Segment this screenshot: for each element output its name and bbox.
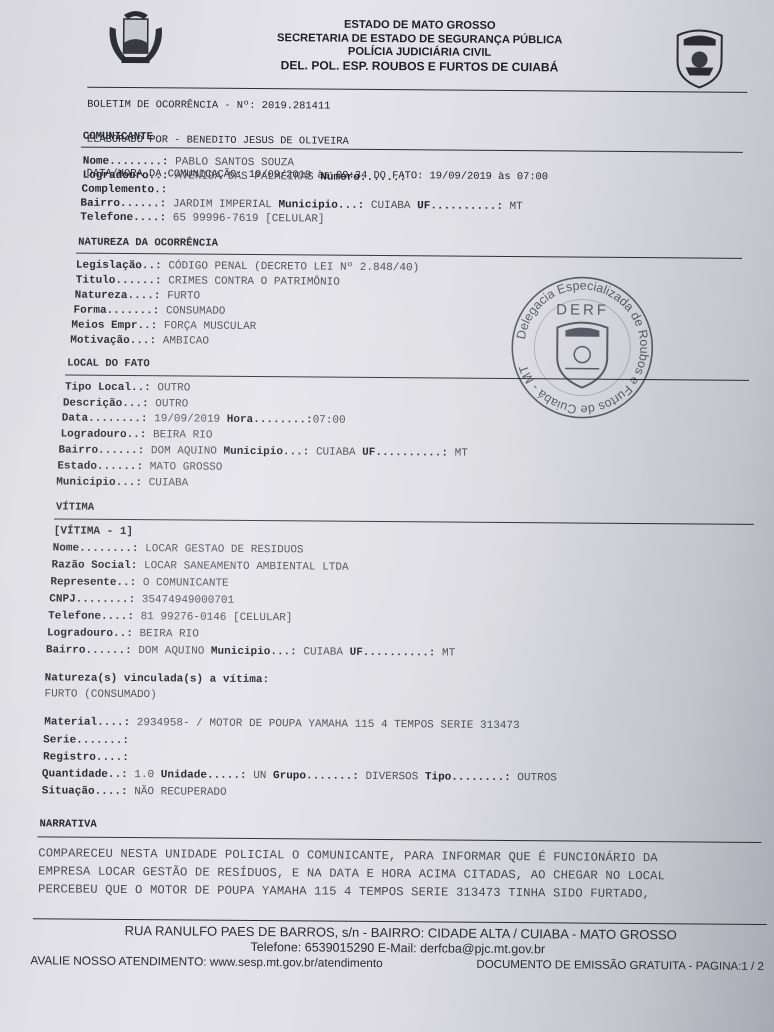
field-label: Serie.......: <box>43 734 129 747</box>
comunicante-logradouro: AVENIDA DAS PALMEIRAS <box>175 170 314 183</box>
field-label: Legislação..: <box>76 260 162 273</box>
field-label: Logradouro..: <box>61 428 147 441</box>
vitima-nome: LOCAR GESTAO DE RESIDUOS <box>145 543 304 556</box>
vitima-naturezas-label-row: Natureza(s) vinculada(s) a vítima: <box>45 672 270 686</box>
field-label: Tipo Local..: <box>65 382 151 395</box>
local-bairro-row: Bairro......: DOM AQUINO Municipio...: C… <box>58 444 467 459</box>
field-label: Descrição...: <box>63 398 149 411</box>
field-label: Bairro......: <box>80 198 166 211</box>
local-data-row: Data........: 19/09/2019 Hora........:07… <box>62 412 346 426</box>
vitima-municipio: CUIABA <box>303 646 343 658</box>
natureza-forma: CONSUMADO <box>166 305 226 317</box>
footer-address: RUA RANULFO PAES DE BARROS, s/n - BAIRRO… <box>125 923 677 942</box>
vitima-razao-row: Razão Social: LOCAR SANEAMENTO AMBIENTAL… <box>52 559 349 573</box>
section-narrativa-title: NARRATIVA <box>39 818 96 830</box>
local-logradouro-row: Logradouro..: BEIRA RIO <box>61 428 213 441</box>
field-label: Data........: <box>62 412 148 425</box>
field-label: UF..........: <box>350 647 436 660</box>
material-row: Material....: 2934958- / MOTOR DE POUPA … <box>44 716 519 732</box>
field-label: Nome........: <box>53 542 139 555</box>
field-label: Natureza....: <box>75 290 161 303</box>
field-label: Logradouro..: <box>47 627 133 640</box>
vitima-cnpj: 35474949000701 <box>142 594 235 607</box>
vitima-naturezas: FURTO (CONSUMADO) <box>45 688 157 701</box>
field-label: Municipio...: <box>223 446 309 459</box>
section-natureza-title: NATUREZA DA OCORRÊNCIA <box>78 237 218 250</box>
local-tipo-row: Tipo Local..: OUTRO <box>65 382 191 395</box>
local-estado-row: Estado......: MATO GROSSO <box>57 460 222 473</box>
field-label: Logradouro..: <box>83 170 169 183</box>
material-tipo: OUTROS <box>517 772 557 784</box>
field-label: CNPJ........: <box>49 593 135 606</box>
field-label: Natureza(s) vinculada(s) a vítima: <box>45 672 270 686</box>
field-label: Municipio...: <box>211 646 297 659</box>
section-divider <box>54 518 754 525</box>
vitima-number: [VÍTIMA - 1] <box>54 525 133 538</box>
footer-feedback-link: AVALIE NOSSO ATENDIMENTO: www.sesp.mt.go… <box>30 953 382 970</box>
local-estado: MATO GROSSO <box>150 461 223 474</box>
vitima-telefone-row: Telefone....: 81 99276-0146 [CELULAR] <box>48 610 292 624</box>
field-label: Complemento.: <box>81 184 167 197</box>
section-comunicante-title: COMUNICANTE <box>83 131 153 144</box>
natureza-titulo-row: Titulo......: CRIMES CONTRA O PATRIMÔNIO <box>76 275 340 289</box>
vitima-cnpj-row: CNPJ........: 35474949000701 <box>49 593 234 606</box>
field-label: Municipio...: <box>278 199 364 212</box>
material-description: 2934958- / MOTOR DE POUPA YAMAHA 115 4 T… <box>137 717 520 732</box>
footer-contact: Telefone: 6539015290 E-Mail: derfcba@pjc… <box>251 940 546 956</box>
comunicante-telefone-row: Telefone....: 65 99996-7619 [CELULAR] <box>80 212 324 226</box>
comunicante-bairro-row: Bairro......: JARDIM IMPERIAL Municipio.… <box>80 198 522 213</box>
natureza-value: FURTO <box>167 290 200 302</box>
vitima-bairro-row: Bairro......: DOM AQUINO Municipio...: C… <box>46 644 455 659</box>
field-label: Grupo.......: <box>273 770 359 783</box>
material-serie-row: Serie.......: <box>43 734 129 747</box>
narrative-line: PERCEBEU QUE O MOTOR DE POUPA YAMAHA 115… <box>38 882 650 901</box>
local-municipio: CUIABA <box>316 446 356 458</box>
field-label: Tipo........: <box>425 771 511 784</box>
vitima-uf: MT <box>442 647 455 659</box>
field-label: Meios Empr..: <box>71 320 157 333</box>
narrative-line: COMPARECEU NESTA UNIDADE POLICIAL O COMU… <box>38 846 658 865</box>
field-label: Municipio...: <box>56 476 142 489</box>
field-label: Represente..: <box>50 576 136 589</box>
derf-official-stamp: Delegacia Especializada de Roubos e Furt… <box>507 272 658 423</box>
natureza-meios: FORÇA MUSCULAR <box>164 320 257 333</box>
natureza-motivacao: AMBICAO <box>163 335 209 347</box>
comunicante-nome-row: Nome........: PABLO SANTOS SOUZA <box>83 156 294 170</box>
vitima-telefone: 81 99276-0146 [CELULAR] <box>141 611 293 624</box>
local-bairro: DOM AQUINO <box>151 445 217 458</box>
state-coat-of-arms-icon <box>103 7 167 70</box>
police-report-page: ESTADO DE MATO GROSSO SECRETARIA DE ESTA… <box>0 0 774 1032</box>
report-number: BOLETIM DE OCORRÊNCIA - Nº: 2019.281411 <box>87 100 548 115</box>
vitima-nome-row: Nome........: LOCAR GESTAO DE RESIDUOS <box>53 542 304 556</box>
vitima-representante-row: Represente..: O COMUNICANTE <box>50 576 228 589</box>
field-label: Bairro......: <box>46 644 132 657</box>
header-delegacia: DEL. POL. ESP. ROUBOS E FURTOS DE CUIABÁ <box>199 58 639 75</box>
vitima-subtitle: [VÍTIMA - 1] <box>54 525 133 538</box>
field-label: Hora........: <box>227 414 313 427</box>
natureza-forma-row: Forma.......: CONSUMADO <box>74 305 226 318</box>
field-label: Material....: <box>44 716 130 729</box>
field-label: Situação....: <box>42 785 128 798</box>
material-quantidade-row: Quantidade..: 1.0 Unidade.....: UN Grupo… <box>42 768 557 784</box>
vitima-logradouro-row: Logradouro..: BEIRA RIO <box>47 627 199 640</box>
vitima-bairro: DOM AQUINO <box>138 645 204 658</box>
field-label: Nome........: <box>83 156 169 169</box>
document-header: ESTADO DE MATO GROSSO SECRETARIA DE ESTA… <box>199 18 639 75</box>
field-label: Estado......: <box>57 460 143 473</box>
stamp-inner-text: DERF <box>556 301 609 318</box>
vitima-naturezas-row: FURTO (CONSUMADO) <box>45 688 157 701</box>
field-label: UF..........: <box>417 200 503 213</box>
material-grupo: DIVERSOS <box>365 771 418 783</box>
field-label: UF..........: <box>362 447 448 460</box>
field-label: Motivação...: <box>70 335 156 348</box>
section-divider <box>76 253 742 260</box>
vitima-representante: O COMUNICANTE <box>143 577 229 590</box>
field-label: Telefone....: <box>80 212 166 225</box>
material-situacao-row: Situação....: NÃO RECUPERADO <box>42 785 227 798</box>
local-logradouro: BEIRA RIO <box>153 429 213 441</box>
natureza-legislacao: CÓDIGO PENAL (DECRETO LEI Nº 2.848/40) <box>168 260 419 274</box>
local-data: 19/09/2019 <box>154 413 220 426</box>
comunicante-uf: MT <box>510 201 523 213</box>
natureza-legislacao-row: Legislação..: CÓDIGO PENAL (DECRETO LEI … <box>76 260 419 275</box>
field-label: Titulo......: <box>76 275 162 288</box>
local-tipo: OUTRO <box>157 382 190 394</box>
natureza-titulo: CRIMES CONTRA O PATRIMÔNIO <box>168 275 340 288</box>
field-label: Número......: <box>320 172 406 185</box>
local-descricao-row: Descrição...: OUTRO <box>63 398 189 411</box>
section-local-title: LOCAL DO FATO <box>67 358 150 371</box>
vitima-logradouro: BEIRA RIO <box>139 628 199 640</box>
material-registro-row: Registro....: <box>43 751 129 764</box>
section-vitima-title: VÍTIMA <box>56 501 94 513</box>
footer-page-info: DOCUMENTO DE EMISSÃO GRATUITA - PAGINA:1… <box>476 959 763 973</box>
comunicante-nome: PABLO SANTOS SOUZA <box>175 156 294 169</box>
field-label: Unidade.....: <box>161 769 247 782</box>
material-unidade: UN <box>253 770 266 782</box>
field-label: Telefone....: <box>48 610 134 623</box>
comunicante-municipio: CUIABA <box>371 200 411 212</box>
narrative-line: EMPRESA LOCAR GESTÃO DE RESÍDUOS, E NA D… <box>38 864 665 883</box>
material-situacao: NÃO RECUPERADO <box>134 786 227 799</box>
field-label: Bairro......: <box>58 444 144 457</box>
natureza-natureza-row: Natureza....: FURTO <box>75 290 201 303</box>
local-hora: 07:00 <box>313 414 346 426</box>
natureza-motivacao-row: Motivação...: AMBICAO <box>70 335 209 348</box>
comunicante-bairro: JARDIM IMPERIAL <box>173 198 272 211</box>
field-label: Razão Social: <box>52 559 138 572</box>
local-municipio2: CUIABA <box>149 477 189 489</box>
material-quantidade: 1.0 <box>134 769 154 781</box>
comunicante-complemento-row: Complemento.: <box>81 184 167 197</box>
comunicante-logradouro-row: Logradouro..: AVENIDA DAS PALMEIRAS Núme… <box>83 170 407 185</box>
local-uf: MT <box>455 448 468 460</box>
vitima-razao-social: LOCAR SANEAMENTO AMBIENTAL LTDA <box>144 560 349 574</box>
field-label: Registro....: <box>43 751 129 764</box>
local-descricao: OUTRO <box>155 398 188 410</box>
natureza-meios-row: Meios Empr..: FORÇA MUSCULAR <box>71 320 256 333</box>
section-divider <box>37 836 761 843</box>
police-badge-icon <box>671 25 728 89</box>
field-label: Quantidade..: <box>42 768 128 781</box>
comunicante-telefone: 65 99996-7619 [CELULAR] <box>173 212 325 225</box>
local-municipio2-row: Municipio...: CUIABA <box>56 476 188 489</box>
field-label: Forma.......: <box>74 305 160 318</box>
